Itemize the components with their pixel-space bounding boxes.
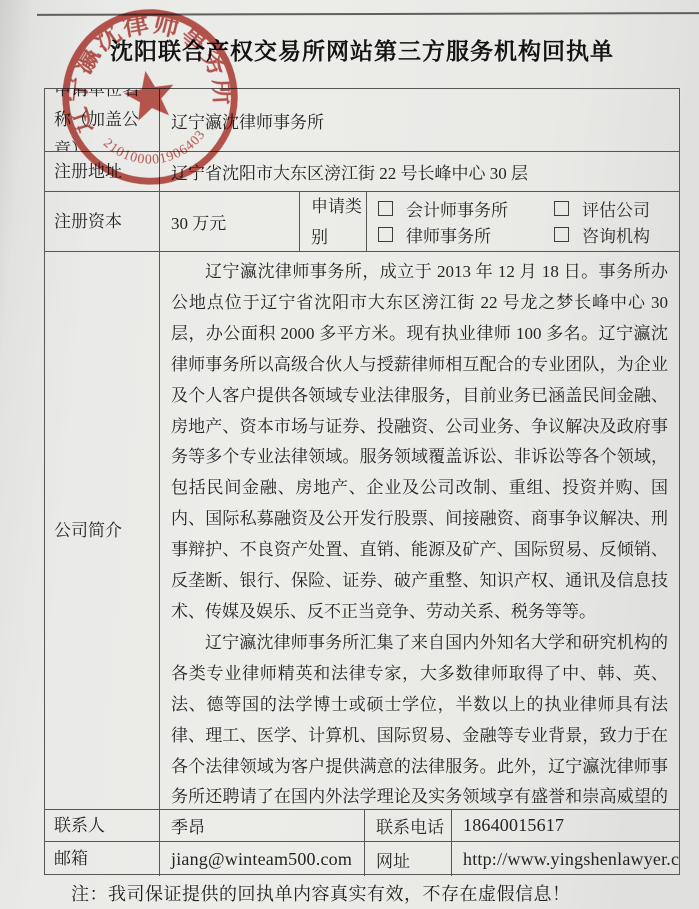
website-label: 网址 [364, 842, 451, 876]
category-line-2: 律师事务所 咨询机构 [378, 222, 679, 247]
checkbox-icon [378, 227, 393, 242]
contact-person-label: 联系人 [45, 810, 159, 841]
category-line-1: 会计师事务所 评估公司 [378, 196, 679, 221]
category-option-label: 评估公司 [582, 196, 650, 221]
website-value: http://www.yingshenlawyer.com/ [451, 842, 679, 876]
applicant-name-value: 辽宁瀛沈律师事务所 [159, 89, 679, 151]
capital-value: 30 万元 [159, 192, 299, 251]
category-option-appraisal-company: 评估公司 [554, 196, 679, 221]
checkbox-icon [378, 201, 393, 216]
capital-label: 注册资本 [45, 192, 159, 251]
row-contact: 联系人 季昂 联系电话 18640015617 [45, 809, 679, 841]
checkbox-icon [554, 201, 569, 216]
scanned-form-page: 沈阳联合产权交易所网站第三方服务机构回执单 申请单位名称（加盖公章） 辽宁瀛沈律… [0, 0, 699, 909]
profile-paragraph-1: 辽宁瀛沈律师事务所，成立于 2013 年 12 月 18 日。事务所办公地点位于… [171, 257, 668, 628]
row-email-website: 邮箱 jiang@winteam500.com 网址 http://www.yi… [45, 841, 679, 876]
category-options: 会计师事务所 评估公司 律师事务所 咨询机构 [366, 192, 679, 251]
category-option-accounting-firm: 会计师事务所 [378, 196, 554, 221]
address-value: 辽宁省沈阳市大东区滂江街 22 号长峰中心 30 层 [159, 152, 679, 191]
category-option-consulting-agency: 咨询机构 [554, 222, 679, 247]
phone-label: 联系电话 [364, 810, 451, 841]
page-top-edge-line [37, 12, 699, 16]
category-option-label: 律师事务所 [406, 222, 491, 247]
row-address: 注册地址 辽宁省沈阳市大东区滂江街 22 号长峰中心 30 层 [45, 151, 679, 191]
row-applicant: 申请单位名称（加盖公章） 辽宁瀛沈律师事务所 [45, 89, 679, 151]
category-option-law-firm: 律师事务所 [378, 222, 554, 247]
contact-person-value: 季昂 [159, 810, 364, 841]
company-profile-label: 公司简介 [45, 252, 159, 809]
form-table: 申请单位名称（加盖公章） 辽宁瀛沈律师事务所 注册地址 辽宁省沈阳市大东区滂江街… [44, 88, 680, 875]
profile-paragraph-2: 辽宁瀛沈律师事务所汇集了来自国内外知名大学和研究机构的各类专业律师精英和法律专家… [171, 628, 668, 809]
checkbox-icon [554, 227, 569, 242]
address-label: 注册地址 [45, 152, 159, 191]
row-company-profile: 公司简介 辽宁瀛沈律师事务所，成立于 2013 年 12 月 18 日。事务所办… [45, 251, 679, 809]
category-option-label: 咨询机构 [582, 222, 650, 247]
email-value: jiang@winteam500.com [159, 842, 364, 876]
category-option-label: 会计师事务所 [406, 196, 508, 221]
company-profile-text: 辽宁瀛沈律师事务所，成立于 2013 年 12 月 18 日。事务所办公地点位于… [159, 252, 679, 809]
row-capital-category: 注册资本 30 万元 申请类别 会计师事务所 评估公司 [45, 191, 679, 251]
email-label: 邮箱 [45, 842, 159, 876]
page-title: 沈阳联合产权交易所网站第三方服务机构回执单 [44, 33, 680, 66]
applicant-name-label: 申请单位名称（加盖公章） [45, 89, 159, 151]
category-label: 申请类别 [299, 192, 366, 251]
footer-note: 注：我司保证提供的回执单内容真实有效，不存在虚假信息！ [71, 880, 571, 906]
phone-value: 18640015617 [451, 810, 679, 841]
